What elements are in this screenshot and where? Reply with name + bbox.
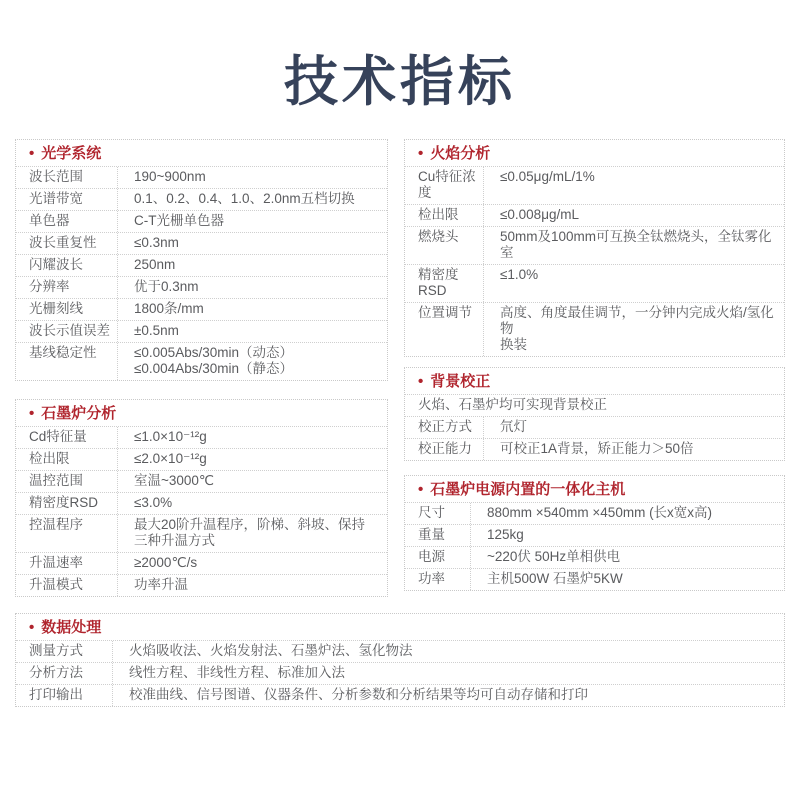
spec-row: 测量方式 火焰吸收法、火焰发射法、石墨炉法、氢化物法	[16, 640, 784, 662]
panel-flame-header: • 火焰分析	[405, 140, 784, 166]
spec-value: ≤3.0%	[118, 493, 387, 514]
spec-label: 校正方式	[405, 417, 484, 438]
spec-value: 50mm及100mm可互换全钛燃烧头，全钛雾化室	[484, 227, 784, 264]
spec-value: ≤0.3nm	[118, 233, 387, 254]
spec-row: Cu特征浓度 ≤0.05μg/mL/1%	[405, 166, 784, 204]
spec-value: ≤1.0×10⁻¹²g	[118, 427, 387, 448]
spec-label: 精密度RSD	[405, 265, 484, 302]
spec-value: 主机500W 石墨炉5KW	[471, 569, 784, 590]
spec-value: ≤0.005Abs/30min（动态） ≤0.004Abs/30min（静态）	[118, 343, 387, 380]
spec-value: ~220伏 50Hz单相供电	[471, 547, 784, 568]
panel-title: 石墨炉电源内置的一体化主机	[430, 482, 625, 498]
spec-label: 分辨率	[16, 277, 118, 298]
bullet-icon: •	[29, 623, 34, 633]
panel-title: 背景校正	[430, 374, 490, 390]
panel-optical-system: • 光学系统 波长范围 190~900nm 光谱带宽 0.1、0.2、0.4、1…	[15, 139, 388, 381]
spec-value: 高度、角度最佳调节，一分钟内完成火焰/氢化物 换装	[484, 303, 784, 356]
spec-row: 波长范围 190~900nm	[16, 166, 387, 188]
spec-label: 闪耀波长	[16, 255, 118, 276]
right-column: • 火焰分析 Cu特征浓度 ≤0.05μg/mL/1% 检出限 ≤0.008μg…	[404, 139, 785, 591]
spec-row: 波长重复性 ≤0.3nm	[16, 232, 387, 254]
spec-label: Cu特征浓度	[405, 167, 484, 204]
spec-value: 线性方程、非线性方程、标准加入法	[113, 663, 784, 684]
spec-row: 光谱带宽 0.1、0.2、0.4、1.0、2.0nm五档切换	[16, 188, 387, 210]
spec-row: 精密度RSD ≤1.0%	[405, 264, 784, 302]
spec-row: 温控范围 室温~3000℃	[16, 470, 387, 492]
spec-row: 位置调节 高度、角度最佳调节，一分钟内完成火焰/氢化物 换装	[405, 302, 784, 356]
spec-label: 升温模式	[16, 575, 118, 596]
spec-row: 分辨率 优于0.3nm	[16, 276, 387, 298]
bullet-icon: •	[418, 149, 423, 159]
spec-row: 基线稳定性 ≤0.005Abs/30min（动态） ≤0.004Abs/30mi…	[16, 342, 387, 380]
spec-label: 电源	[405, 547, 471, 568]
spec-label: 波长重复性	[16, 233, 118, 254]
spec-row: 升温速率 ≥2000℃/s	[16, 552, 387, 574]
spec-value: 0.1、0.2、0.4、1.0、2.0nm五档切换	[118, 189, 387, 210]
spec-row: 单色器 C-T光栅单色器	[16, 210, 387, 232]
spec-value: 125kg	[471, 525, 784, 546]
spec-value: 室温~3000℃	[118, 471, 387, 492]
spec-row: 电源 ~220伏 50Hz单相供电	[405, 546, 784, 568]
spec-value: ≥2000℃/s	[118, 553, 387, 574]
panel-background-header: • 背景校正	[405, 368, 784, 394]
panel-dataproc-header: • 数据处理	[16, 614, 784, 640]
panel-title: 火焰分析	[430, 146, 490, 162]
spec-row: 精密度RSD ≤3.0%	[16, 492, 387, 514]
spec-label: 控温程序	[16, 515, 118, 552]
spec-label: 测量方式	[16, 641, 113, 662]
spec-row: 校正能力 可校正1A背景，矫正能力＞50倍	[405, 438, 784, 460]
panel-title: 石墨炉分析	[41, 406, 116, 422]
spec-label: 精密度RSD	[16, 493, 118, 514]
spec-label: 检出限	[405, 205, 484, 226]
panel-optical-header: • 光学系统	[16, 140, 387, 166]
spec-value: ≤0.05μg/mL/1%	[484, 167, 784, 204]
spec-label: 波长范围	[16, 167, 118, 188]
bullet-icon: •	[29, 409, 34, 419]
panel-title: 光学系统	[41, 146, 101, 162]
spec-row: 控温程序 最大20阶升温程序，阶梯、斜坡、保持 三种升温方式	[16, 514, 387, 552]
panel-graphite-furnace: • 石墨炉分析 Cd特征量 ≤1.0×10⁻¹²g 检出限 ≤2.0×10⁻¹²…	[15, 399, 388, 597]
spec-row: 打印输出 校准曲线、信号图谱、仪器条件、分析参数和分析结果等均可自动存储和打印	[16, 684, 784, 706]
panel-host-header: • 石墨炉电源内置的一体化主机	[405, 476, 784, 502]
spec-label: 检出限	[16, 449, 118, 470]
spec-value: 氘灯	[484, 417, 784, 438]
spec-note: 火焰、石墨炉均可实现背景校正	[405, 395, 784, 416]
spec-content: • 光学系统 波长范围 190~900nm 光谱带宽 0.1、0.2、0.4、1…	[15, 139, 785, 707]
spec-label: 分析方法	[16, 663, 113, 684]
spec-row: 功率 主机500W 石墨炉5KW	[405, 568, 784, 590]
spec-value: ≤2.0×10⁻¹²g	[118, 449, 387, 470]
spec-label: 温控范围	[16, 471, 118, 492]
bullet-icon: •	[29, 149, 34, 159]
spec-value: 880mm ×540mm ×450mm (长x宽x高)	[471, 503, 784, 524]
panel-title: 数据处理	[41, 620, 101, 636]
bullet-icon: •	[418, 485, 423, 495]
spec-row: 光栅刻线 1800条/mm	[16, 298, 387, 320]
spec-value: 最大20阶升温程序，阶梯、斜坡、保持 三种升温方式	[118, 515, 387, 552]
spec-value: 250nm	[118, 255, 387, 276]
spec-row: 波长示值误差 ±0.5nm	[16, 320, 387, 342]
spec-row: 校正方式 氘灯	[405, 416, 784, 438]
panel-graphite-header: • 石墨炉分析	[16, 400, 387, 426]
spec-row: 重量 125kg	[405, 524, 784, 546]
spec-label: 校正能力	[405, 439, 484, 460]
spec-label: 光栅刻线	[16, 299, 118, 320]
panel-flame-analysis: • 火焰分析 Cu特征浓度 ≤0.05μg/mL/1% 检出限 ≤0.008μg…	[404, 139, 785, 357]
panel-background-correction: • 背景校正 火焰、石墨炉均可实现背景校正 校正方式 氘灯 校正能力 可校正1A…	[404, 367, 785, 461]
spec-row: 升温模式 功率升温	[16, 574, 387, 596]
spec-value: ≤0.008μg/mL	[484, 205, 784, 226]
spec-label: 波长示值误差	[16, 321, 118, 342]
spec-row: 闪耀波长 250nm	[16, 254, 387, 276]
left-column: • 光学系统 波长范围 190~900nm 光谱带宽 0.1、0.2、0.4、1…	[15, 139, 388, 597]
spec-row: 燃烧头 50mm及100mm可互换全钛燃烧头，全钛雾化室	[405, 226, 784, 264]
page-title: 技术指标	[0, 50, 800, 115]
spec-value: 可校正1A背景，矫正能力＞50倍	[484, 439, 784, 460]
spec-label: 位置调节	[405, 303, 484, 356]
bullet-icon: •	[418, 377, 423, 387]
spec-row: 分析方法 线性方程、非线性方程、标准加入法	[16, 662, 784, 684]
spec-label: 燃烧头	[405, 227, 484, 264]
spec-value: 优于0.3nm	[118, 277, 387, 298]
panel-data-processing: • 数据处理 测量方式 火焰吸收法、火焰发射法、石墨炉法、氢化物法 分析方法 线…	[15, 613, 785, 707]
spec-value: ±0.5nm	[118, 321, 387, 342]
spec-value: ≤1.0%	[484, 265, 784, 302]
spec-value: 校准曲线、信号图谱、仪器条件、分析参数和分析结果等均可自动存储和打印	[113, 685, 784, 706]
spec-label: Cd特征量	[16, 427, 118, 448]
spec-row: 检出限 ≤2.0×10⁻¹²g	[16, 448, 387, 470]
two-column-layout: • 光学系统 波长范围 190~900nm 光谱带宽 0.1、0.2、0.4、1…	[15, 139, 785, 597]
spec-label: 尺寸	[405, 503, 471, 524]
spec-row: Cd特征量 ≤1.0×10⁻¹²g	[16, 426, 387, 448]
spec-row: 检出限 ≤0.008μg/mL	[405, 204, 784, 226]
spec-label: 打印输出	[16, 685, 113, 706]
spec-label: 单色器	[16, 211, 118, 232]
spec-row: 尺寸 880mm ×540mm ×450mm (长x宽x高)	[405, 502, 784, 524]
spec-label: 基线稳定性	[16, 343, 118, 380]
spec-value: 功率升温	[118, 575, 387, 596]
spec-value: 火焰吸收法、火焰发射法、石墨炉法、氢化物法	[113, 641, 784, 662]
spec-label: 升温速率	[16, 553, 118, 574]
spec-value: C-T光栅单色器	[118, 211, 387, 232]
spec-value: 190~900nm	[118, 167, 387, 188]
spec-row-note: 火焰、石墨炉均可实现背景校正	[405, 394, 784, 416]
spec-label: 光谱带宽	[16, 189, 118, 210]
spec-value: 1800条/mm	[118, 299, 387, 320]
panel-integrated-host: • 石墨炉电源内置的一体化主机 尺寸 880mm ×540mm ×450mm (…	[404, 475, 785, 591]
spec-label: 重量	[405, 525, 471, 546]
spec-label: 功率	[405, 569, 471, 590]
